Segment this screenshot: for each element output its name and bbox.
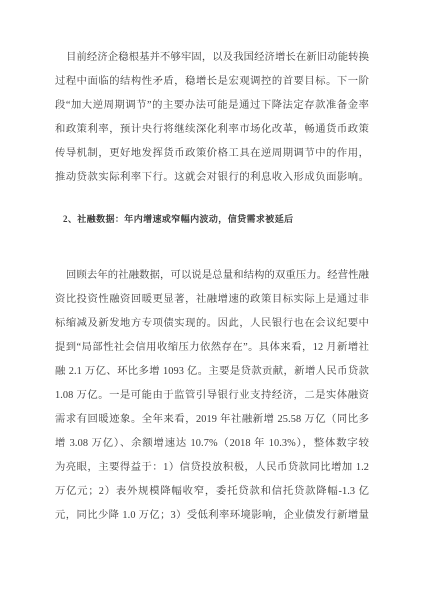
text-line: 回顾去年的社融数据，可以说是总量和结构的双重压力。经营性融 (55, 264, 369, 288)
document-page: 目前经济企稳根基并不够牢固，以及我国经济增长在新旧动能转换过程中面临的结构性矛盾… (0, 0, 424, 600)
section-heading: 2、社融数据：年内增速或窄幅内波动，信贷需求被延后 (55, 207, 377, 231)
text-line: 和政策利率，预计央行将继续深化利率市场化改革，畅通货币政策 (55, 118, 369, 142)
paragraph-social-financing: 回顾去年的社融数据，可以说是总量和结构的双重压力。经营性融资比投资性融资回暖更显… (55, 264, 369, 528)
text-line: 万亿元；2）表外规模降幅收窄，委托贷款和信托贷款降幅-1.3 亿 (55, 480, 369, 504)
text-line: 段“加大逆周期调节”的主要办法可能是通过下降法定存款准备金率 (55, 94, 369, 118)
text-line: 1.08 万亿。一是可能由于监管引导银行业支持经济，二是实体融资 (55, 384, 369, 408)
text-line: 需求有回暖迹象。全年来看，2019 年社融新增 25.58 万亿（同比多 (55, 408, 369, 432)
text-line: 融 2.1 万亿、环比多增 1093 亿。主要是贷款贡献，新增人民币贷款 (55, 360, 369, 384)
text-line: 提到“局部性社会信用收缩压力依然存在”。具体来看，12 月新增社 (55, 336, 369, 360)
text-line: 为亮眼，主要得益于：1）信贷投放积极，人民币贷款同比增加 1.2 (55, 456, 369, 480)
text-line: 元，同比少降 1.0 万亿；3）受低利率环境影响，企业债发行新增量 (55, 504, 369, 528)
text-line: 增 3.08 万亿）、余额增速达 10.7%（2018 年 10.3%），整体数… (55, 432, 369, 456)
text-line: 传导机制，更好地发挥货币政策价格工具在逆周期调节中的作用， (55, 142, 369, 166)
text-line: 推动贷款实际利率下行。这就会对银行的利息收入形成负面影响。 (55, 166, 369, 190)
paragraph-monetary-policy: 目前经济企稳根基并不够牢固，以及我国经济增长在新旧动能转换过程中面临的结构性矛盾… (55, 46, 369, 190)
text-line: 目前经济企稳根基并不够牢固，以及我国经济增长在新旧动能转换 (55, 46, 369, 70)
text-line: 标缩减及新发地方专项债实现的。因此，人民银行也在会议纪要中 (55, 312, 369, 336)
text-line: 过程中面临的结构性矛盾，稳增长是宏观调控的首要目标。下一阶 (55, 70, 369, 94)
text-line: 资比投资性融资回暖更显著，社融增速的政策目标实际上是通过非 (55, 288, 369, 312)
